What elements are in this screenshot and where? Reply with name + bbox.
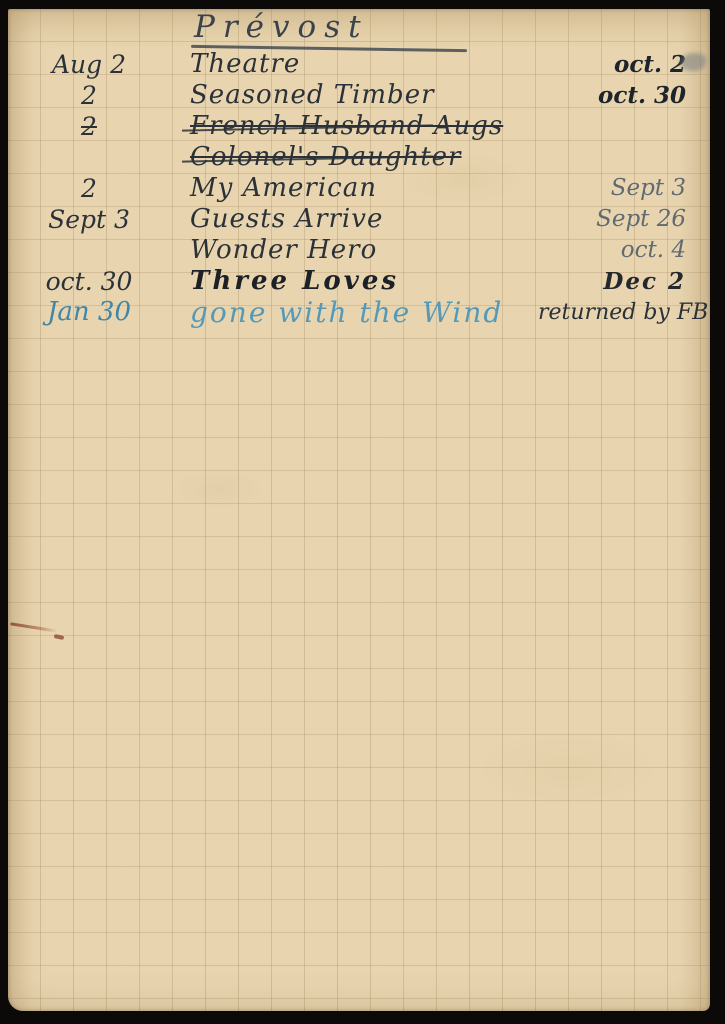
date-borrowed: oct. 30	[14, 266, 164, 297]
entry-row: Aug 2Theatreoct. 2	[14, 49, 708, 80]
book-title: Seasoned Timber	[164, 80, 538, 111]
date-borrowed: Jan 30	[14, 297, 164, 328]
red-stain-dot	[54, 634, 65, 640]
ink-smudge	[680, 53, 706, 71]
date-returned: Sept 3	[538, 173, 708, 204]
red-stain	[10, 622, 58, 632]
book-title: Colonel's Daughter	[164, 142, 538, 173]
book-title: My American	[164, 173, 538, 204]
book-title: Wonder Hero	[164, 235, 538, 266]
book-title: gone with the Wind	[164, 297, 538, 328]
date-returned: oct. 2	[538, 49, 708, 80]
date-borrowed: Aug 2	[14, 49, 164, 80]
date-returned: oct. 4	[538, 235, 708, 266]
borrow-entries: Aug 2Theatreoct. 22Seasoned Timberoct. 3…	[14, 49, 708, 328]
date-borrowed: 2	[14, 173, 164, 204]
book-title: Guests Arrive	[164, 204, 538, 235]
date-returned: Dec 2	[538, 266, 708, 297]
entry-row: Colonel's Daughter	[14, 142, 708, 173]
date-borrowed: Sept 3	[14, 204, 164, 235]
date-returned: oct. 30	[538, 80, 708, 111]
entry-row: Sept 3Guests ArriveSept 26	[14, 204, 708, 235]
index-card: Prévost Aug 2Theatreoct. 22Seasoned Timb…	[8, 9, 710, 1011]
date-returned: returned by FB	[538, 297, 708, 328]
date-borrowed: 2	[14, 80, 164, 111]
entry-row: Jan 30gone with the Windreturned by FB	[14, 297, 708, 328]
entry-row: 2My AmericanSept 3	[14, 173, 708, 204]
entry-row: Wonder Herooct. 4	[14, 235, 708, 266]
date-borrowed: 2	[14, 111, 164, 142]
scan-background: Prévost Aug 2Theatreoct. 22Seasoned Timb…	[0, 0, 725, 1024]
date-returned: Sept 26	[538, 204, 708, 235]
entry-row: oct. 30Three LovesDec 2	[14, 266, 708, 297]
book-title: Theatre	[164, 49, 538, 80]
entry-row: 2Seasoned Timberoct. 30	[14, 80, 708, 111]
cardholder-name: Prévost	[194, 9, 369, 45]
entry-row: 2French Husband Augs	[14, 111, 708, 142]
book-title: French Husband Augs	[164, 111, 538, 142]
book-title: Three Loves	[164, 266, 538, 297]
